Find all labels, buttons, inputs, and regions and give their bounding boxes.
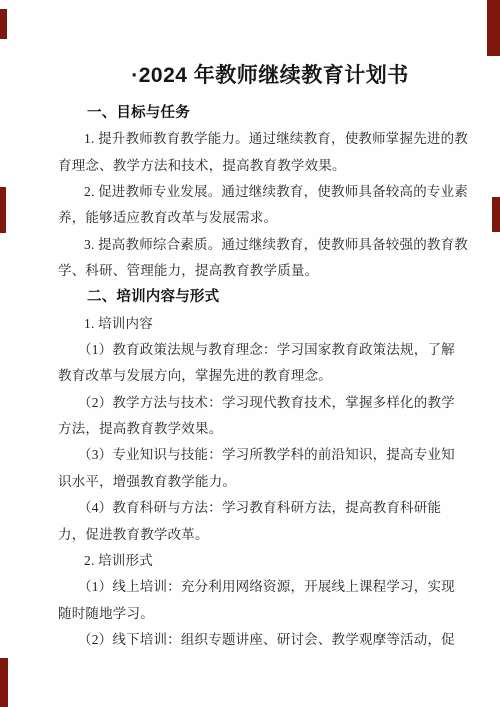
edge-mark-right-middle (492, 197, 500, 232)
text-line: （2）线下培训：组织专题讲座、研讨会、教学观摩等活动，促 (58, 627, 440, 653)
text-line: 教育改革与发展方向，掌握先进的教育理念。 (58, 363, 440, 389)
edge-mark-left-middle (0, 187, 6, 233)
text-line: （3）专业知识与技能：学习所教学科的前沿知识，提高专业知 (58, 442, 440, 468)
edge-mark-bottom-left (0, 658, 8, 707)
text-line: 养，能够适应教育改革与发展需求。 (58, 205, 440, 231)
text-line: 1. 培训内容 (58, 311, 440, 337)
text-line: 识水平，增强教育教学能力。 (58, 469, 440, 495)
text-line: 3. 提高教师综合素质。通过继续教育，使教师具备较强的教育教 (58, 232, 440, 258)
text-line: （4）教育科研与方法：学习教育科研方法，提高教育科研能 (58, 495, 440, 521)
document-title: ·2024 年教师继续教育计划书 (0, 61, 500, 91)
document-body: 一、目标与任务1. 提升教师教育教学能力。通过继续教育，使教师掌握先进的教育理念… (58, 100, 440, 653)
text-line: 力，促进教育教学改革。 (58, 522, 440, 548)
document-page: ·2024 年教师继续教育计划书 一、目标与任务1. 提升教师教育教学能力。通过… (0, 0, 500, 707)
text-line: 随时随地学习。 (58, 601, 440, 627)
section-heading: 二、培训内容与形式 (58, 284, 440, 310)
section-heading: 一、目标与任务 (58, 100, 440, 126)
edge-mark-top-right (487, 0, 500, 56)
text-line: 2. 促进教师专业发展。通过继续教育，使教师具备较高的专业素 (58, 179, 440, 205)
text-line: 1. 提升教师教育教学能力。通过继续教育，使教师掌握先进的教 (58, 126, 440, 152)
text-line: （2）教学方法与技术：学习现代教育技术，掌握多样化的教学 (58, 390, 440, 416)
text-line: （1）教育政策法规与教育理念：学习国家教育政策法规，了解 (58, 337, 440, 363)
text-line: 育理念、教学方法和技术，提高教育教学效果。 (58, 153, 440, 179)
text-line: （1）线上培训：充分利用网络资源，开展线上课程学习，实现 (58, 574, 440, 600)
edge-mark-top-left (0, 9, 7, 39)
text-line: 2. 培训形式 (58, 548, 440, 574)
text-line: 方法，提高教育教学效果。 (58, 416, 440, 442)
text-line: 学、科研、管理能力，提高教育教学质量。 (58, 258, 440, 284)
